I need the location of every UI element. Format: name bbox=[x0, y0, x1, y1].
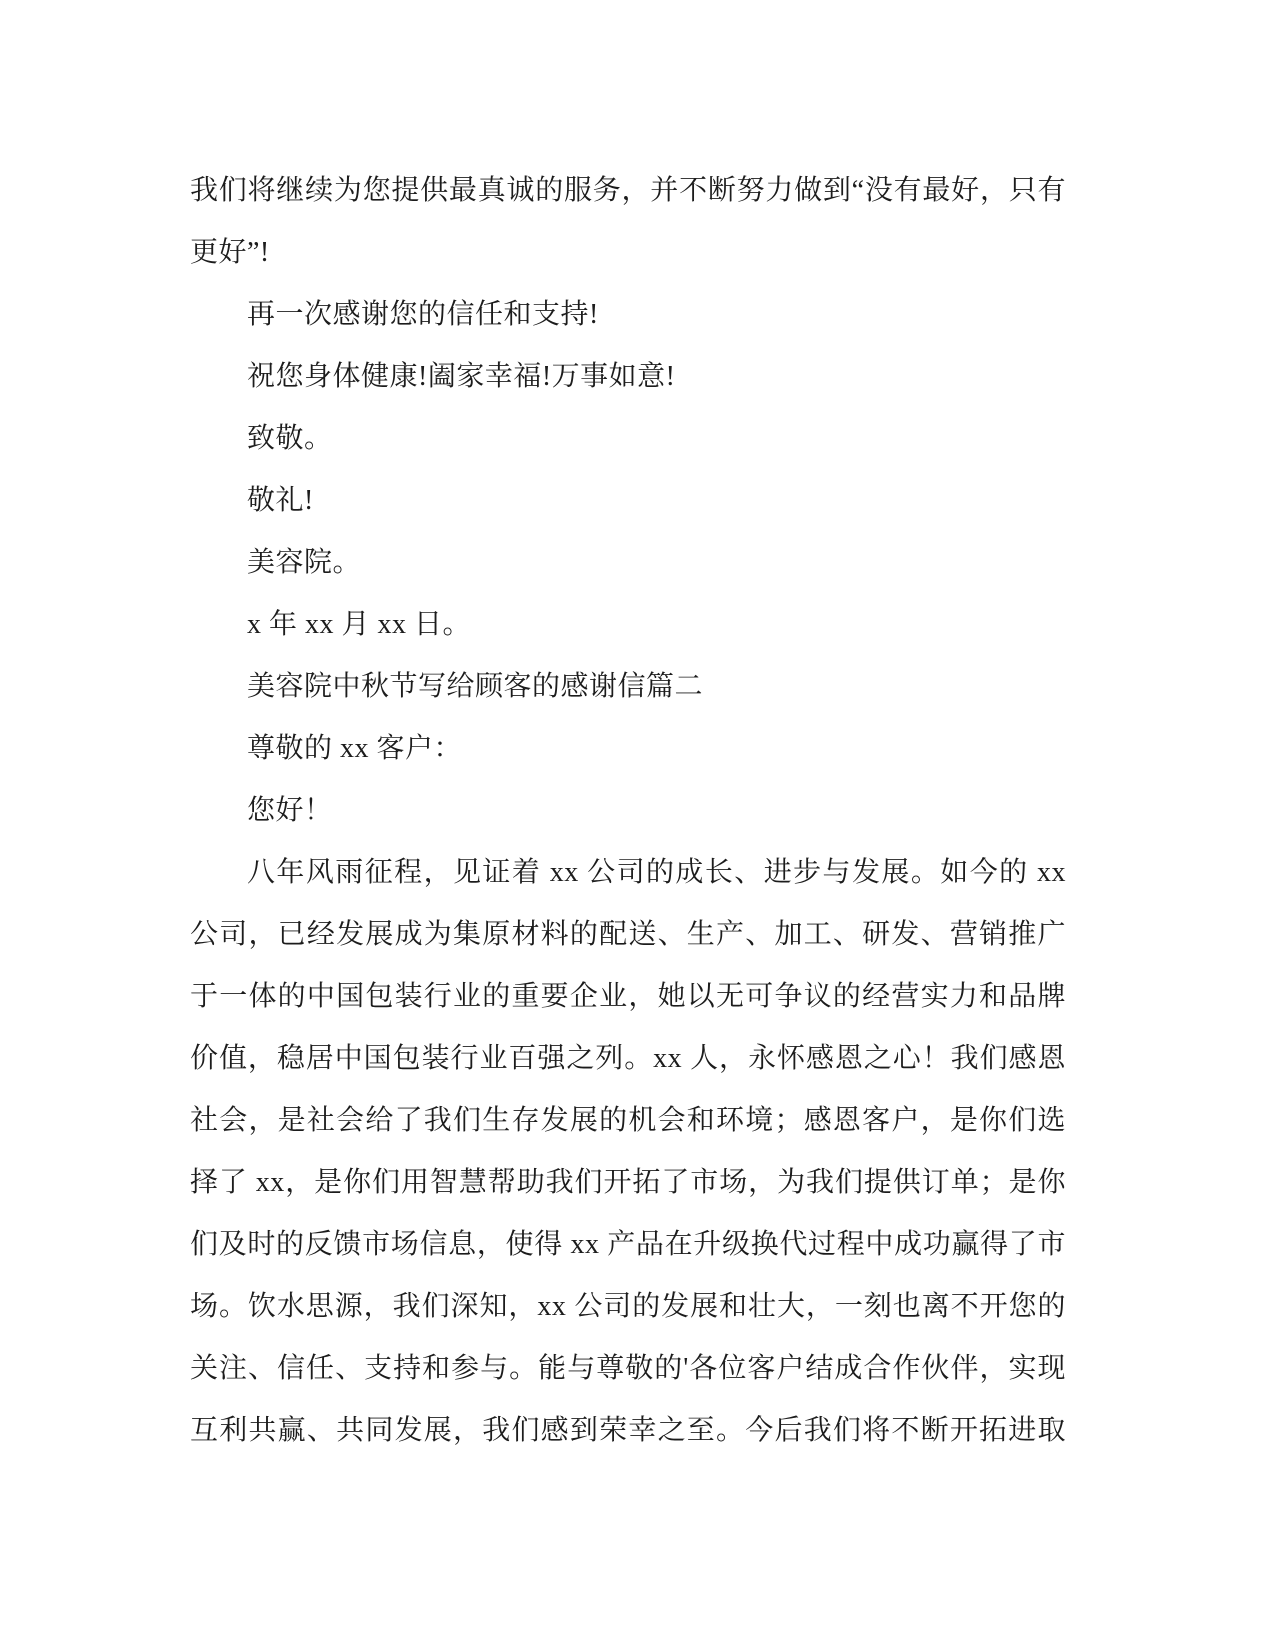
document-line: 再一次感谢您的信任和支持! bbox=[190, 284, 1066, 346]
document-line: 美容院。 bbox=[190, 532, 1066, 594]
document-page: 我们将继续为您提供最真诚的服务，并不断努力做到“没有最好，只有更好”!再一次感谢… bbox=[0, 0, 1275, 1650]
document-line: 我们将继续为您提供最真诚的服务，并不断努力做到“没有最好，只有 bbox=[190, 160, 1066, 222]
document-line: 八年风雨征程，见证着 xx 公司的成长、进步与发展。如今的 xx bbox=[190, 842, 1066, 904]
document-line: 互利共赢、共同发展，我们感到荣幸之至。今后我们将不断开拓进取 bbox=[190, 1400, 1066, 1462]
document-line: 社会，是社会给了我们生存发展的机会和环境；感恩客户，是你们选 bbox=[190, 1090, 1066, 1152]
document-line: 公司，已经发展成为集原材料的配送、生产、加工、研发、营销推广 bbox=[190, 904, 1066, 966]
document-line: 祝您身体健康!阖家幸福!万事如意! bbox=[190, 346, 1066, 408]
document-line: 敬礼! bbox=[190, 470, 1066, 532]
document-text-block: 我们将继续为您提供最真诚的服务，并不断努力做到“没有最好，只有更好”!再一次感谢… bbox=[190, 160, 1066, 1462]
document-line: 择了 xx，是你们用智慧帮助我们开拓了市场，为我们提供订单；是你 bbox=[190, 1152, 1066, 1214]
document-line: 于一体的中国包装行业的重要企业，她以无可争议的经营实力和品牌 bbox=[190, 966, 1066, 1028]
document-line: 您好！ bbox=[190, 780, 1066, 842]
document-line: 致敬。 bbox=[190, 408, 1066, 470]
document-line: 们及时的反馈市场信息，使得 xx 产品在升级换代过程中成功赢得了市 bbox=[190, 1214, 1066, 1276]
document-line: 场。饮水思源，我们深知，xx 公司的发展和壮大，一刻也离不开您的 bbox=[190, 1276, 1066, 1338]
document-line: 关注、信任、支持和参与。能与尊敬的'各位客户结成合作伙伴，实现 bbox=[190, 1338, 1066, 1400]
document-line: 价值，稳居中国包装行业百强之列。xx 人，永怀感恩之心！我们感恩 bbox=[190, 1028, 1066, 1090]
document-line: x 年 xx 月 xx 日。 bbox=[190, 594, 1066, 656]
document-line: 美容院中秋节写给顾客的感谢信篇二 bbox=[190, 656, 1066, 718]
document-line: 尊敬的 xx 客户： bbox=[190, 718, 1066, 780]
document-line: 更好”! bbox=[190, 222, 1066, 284]
